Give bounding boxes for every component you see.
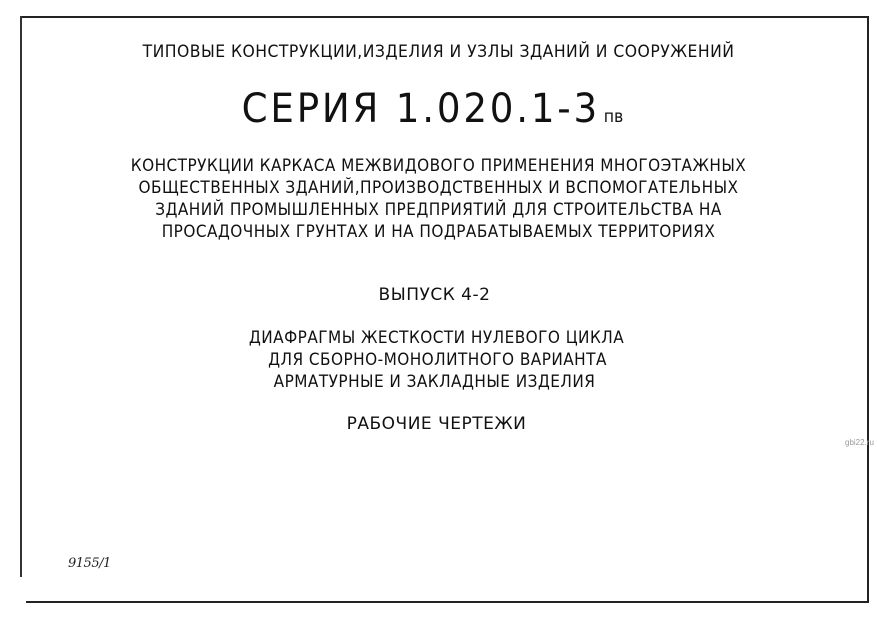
series-suffix: пв: [604, 107, 624, 127]
description-line: ОБЩЕСТВЕННЫХ ЗДАНИЙ,ПРОИЗВОДСТВЕННЫХ И В…: [44, 178, 833, 198]
document-header: ТИПОВЫЕ КОНСТРУКЦИИ,ИЗДЕЛИЯ И УЗЛЫ ЗДАНИ…: [35, 42, 842, 62]
description-line: ПРОСАДОЧНЫХ ГРУНТАХ И НА ПОДРАБАТЫВАЕМЫХ…: [44, 222, 833, 242]
frame-border-right: [867, 17, 869, 603]
document-type: РАБОЧИЕ ЧЕРТЕЖИ: [0, 414, 875, 434]
description-line: ЗДАНИЙ ПРОМЫШЛЕННЫХ ПРЕДПРИЯТИЙ ДЛЯ СТРО…: [44, 200, 833, 220]
issue-title-line: ДИАФРАГМЫ ЖЕСТКОСТИ НУЛЕВОГО ЦИКЛА: [42, 328, 831, 348]
issue-title-line: ДЛЯ СБОРНО-МОНОЛИТНОГО ВАРИАНТА: [43, 350, 832, 370]
issue-number: ВЫПУСК 4-2: [0, 285, 873, 305]
watermark: gbi22.ru: [845, 438, 874, 447]
series-title: СЕРИЯ 1.020.1-3пв: [25, 86, 841, 132]
frame-border-bottom: [26, 601, 868, 603]
frame-border-top: [20, 16, 869, 18]
sheet-number: 9155/1: [68, 556, 111, 571]
issue-title-line: АРМАТУРНЫЕ И ЗАКЛАДНЫЕ ИЗДЕЛИЯ: [40, 372, 829, 392]
description-line: КОНСТРУКЦИИ КАРКАСА МЕЖВИДОВОГО ПРИМЕНЕН…: [44, 156, 833, 176]
series-label: СЕРИЯ 1.020.1-3: [242, 86, 600, 132]
